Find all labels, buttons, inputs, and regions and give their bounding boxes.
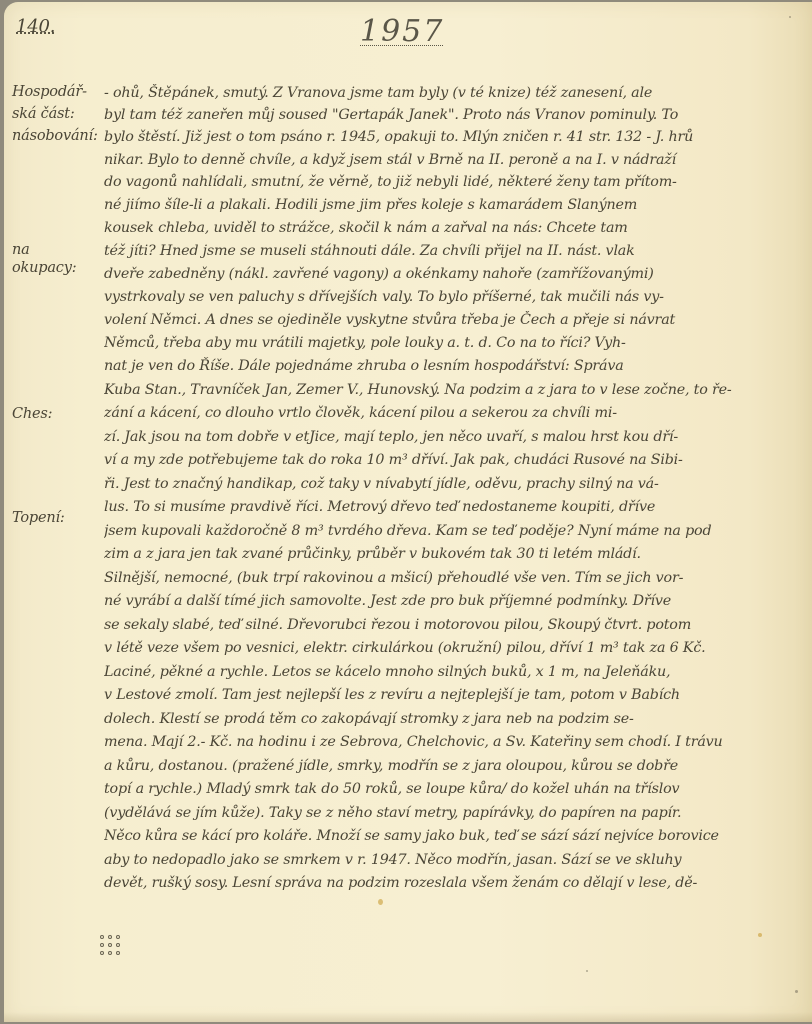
body-line: aby to nedopadlo jako se smrkem v r. 194…: [104, 851, 804, 869]
margin-note: ská část:: [12, 106, 75, 123]
body-line: devět, rušký sosy. Lesní správa na podzi…: [104, 874, 804, 892]
body-line: topí a rychle.) Mladý smrk tak do 50 rok…: [104, 780, 804, 798]
margin-note: Topení:: [12, 510, 65, 527]
body-line: ři. Jest to značný handikap, což taky v …: [104, 475, 804, 493]
body-line: se sekaly slabé, teď silné. Dřevorubci ř…: [104, 616, 804, 634]
ink-stain: [758, 933, 762, 937]
body-line: v létě veze všem po vesnici, elektr. cir…: [104, 639, 804, 657]
notebook-page: 140. 1957 Hospodář-ská část:násobování:n…: [4, 2, 812, 1022]
dots-mark-icon: [100, 935, 124, 955]
body-line: lus. To si musíme pravdivě říci. Metrový…: [104, 498, 804, 516]
body-line: ví a my zde potřebujeme tak do roka 10 m…: [104, 451, 804, 469]
body-line: né jiímo šíle-li a plakali. Hodili jsme …: [104, 196, 804, 214]
body-line: jsem kupovali každoročně 8 m³ tvrdého dř…: [104, 522, 804, 540]
body-line: Něco kůra se kácí pro koláře. Množí se s…: [104, 827, 804, 845]
body-line: do vagonů nahlídali, smutní, že věrně, t…: [104, 173, 804, 191]
body-line: bylo štěstí. Již jest o tom psáno r. 194…: [104, 128, 804, 146]
body-line: zí. Jak jsou na tom dobře v etJice, mají…: [104, 428, 804, 446]
body-line: též jíti? Hned jsme se museli stáhnouti …: [104, 242, 804, 260]
paper-speck: [586, 970, 588, 972]
body-line: a kůru, dostanou. (pražené jídle, smrky,…: [104, 757, 804, 775]
body-line: byl tam též zaneřen můj soused "Gertapák…: [104, 106, 804, 124]
margin-note: Ches:: [12, 406, 52, 423]
paper-speck: [789, 16, 791, 18]
page-year-heading: 1957: [360, 14, 444, 49]
body-line: Laciné, pěkné a rychle. Letos se kácelo …: [104, 663, 804, 681]
body-line: dolech. Klestí se prodá těm co zakopávaj…: [104, 710, 804, 728]
body-line: né vyrábí a další tímé jich samovolte. J…: [104, 592, 804, 610]
body-line: zání a kácení, co dlouho vrtlo člověk, k…: [104, 404, 804, 422]
body-line: vystrkovaly se ven paluchy s dřívejších …: [104, 288, 804, 306]
page-edge: [4, 1012, 812, 1022]
body-line: Němců, třeba aby mu vrátili majetky, pol…: [104, 334, 804, 352]
margin-note: na: [12, 242, 30, 259]
body-line: (vydělává se jím kůže). Taky se z něho s…: [104, 804, 804, 822]
body-line: volení Němci. A dnes se ojediněle vyskyt…: [104, 311, 804, 329]
body-line: mena. Mají 2.- Kč. na hodinu i ze Sebrov…: [104, 733, 804, 751]
body-line: zim a z jara jen tak zvané průčinky, prů…: [104, 545, 804, 563]
body-line: - ohů, Štěpánek, smutý. Z Vranova jsme t…: [104, 84, 804, 102]
body-line: nikar. Bylo to denně chvíle, a když jsem…: [104, 151, 804, 169]
page-number: 140.: [16, 16, 55, 37]
margin-note: okupacy:: [12, 260, 76, 277]
body-line: Silnější, nemocné, (buk trpí rakovinou a…: [104, 569, 804, 587]
margin-note: násobování:: [12, 128, 98, 145]
ink-stain: [378, 899, 383, 905]
margin-note: Hospodář-: [12, 84, 87, 101]
paper-speck: [795, 990, 798, 993]
body-line: nat je ven do Říše. Dále pojednáme zhrub…: [104, 357, 804, 375]
body-line: kousek chleba, uviděl to strážce, skočil…: [104, 219, 804, 237]
body-line: dveře zabedněny (nákl. zavřené vagony) a…: [104, 265, 804, 283]
body-line: v Lestové zmolí. Tam jest nejlepší les z…: [104, 686, 804, 704]
body-line: Kuba Stan., Travníček Jan, Zemer V., Hun…: [104, 381, 804, 399]
